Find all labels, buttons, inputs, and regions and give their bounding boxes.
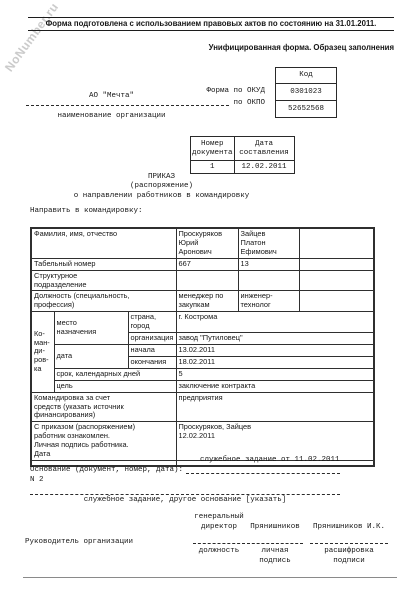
doc-date-header: Дата составления (234, 137, 294, 161)
page-bottom-rule (23, 577, 397, 578)
destination-label: место назначения (54, 312, 128, 345)
table-row-trip-start-date: дата начала 13.02.2011 (31, 344, 374, 356)
okud-value: 0301023 (276, 83, 336, 100)
table-row: 1 12.02.2011 (191, 161, 295, 174)
dashed-line (30, 486, 340, 495)
employee3-number (299, 258, 374, 270)
end-date-label: окончания (128, 356, 176, 368)
intro-line: Направить в командировку: (30, 207, 143, 215)
row-label: Структурное подразделение (31, 270, 176, 291)
title-line-2: (распоряжение) (30, 182, 293, 191)
country-city-value: г. Кострома (176, 312, 374, 333)
date-label: дата (54, 344, 128, 368)
duration-label: срок, календарных дней (54, 368, 176, 380)
organization-caption: наименование организации (26, 112, 197, 120)
table-row-trip-duration: срок, календарных дней 5 (31, 368, 374, 380)
employee1-number: 667 (176, 258, 238, 270)
dashed-line (26, 105, 229, 106)
basis-caption: служебное задание, другое основание [ука… (30, 496, 340, 506)
doc-date-value: 12.02.2011 (234, 161, 294, 174)
okpo-value: 52652568 (276, 100, 336, 117)
employee3-department (299, 270, 374, 291)
end-date-value: 18.02.2011 (176, 356, 374, 368)
employees-table: Фамилия, имя, отчество Проскуряков Юрий … (30, 227, 375, 467)
row-label: Должность (специальность, профессия) (31, 291, 176, 312)
basis-label-line: Основание (документ, номер, дата): (30, 466, 340, 476)
table-row-name: Фамилия, имя, отчество Проскуряков Юрий … (31, 228, 374, 258)
form-type-note: Унифицированная форма. Образец заполнени… (194, 43, 394, 52)
trip-vertical-label: Ко- ман- ди- ров- ка (31, 312, 54, 392)
table-row-trip-destination-city: Ко- ман- ди- ров- ка место назначения ст… (31, 312, 374, 333)
sign-caption: личная подпись (247, 546, 303, 566)
duration-value: 5 (176, 368, 374, 380)
table-row-position: Должность (специальность, профессия) мен… (31, 291, 374, 312)
signature-sign-column: Прянишников личная подпись (247, 512, 303, 566)
position-value: генеральный директор (193, 512, 245, 532)
employee1-position: менеджер по закупкам (176, 291, 238, 312)
name-value: Прянишников И.К. (310, 512, 388, 532)
employee2-number: 13 (238, 258, 299, 270)
dashed-line (247, 532, 303, 544)
code-box-header: Код (276, 68, 336, 83)
employee1-department (176, 270, 238, 291)
table-row-acknowledgement: С приказом (распоряжением) работник озна… (31, 422, 374, 461)
table-row-trip-purpose: цель заключение контракта (31, 380, 374, 392)
signature-name-column: Прянишников И.К. расшифровка подписи (310, 512, 388, 566)
employee2-position: инженер- технолог (238, 291, 299, 312)
watermark: NoNumber.ru (2, 0, 61, 74)
document-title: ПРИКАЗ (распоряжение) о направлении рабо… (30, 173, 293, 201)
dashed-line (186, 473, 340, 474)
basis-block: служебное задание от 11.02.2011 Основани… (30, 456, 340, 506)
sign-value: Прянишников (247, 512, 303, 532)
signature-position-column: генеральный директор должность (193, 512, 245, 556)
prepared-note: Форма подготовлена с использованием прав… (28, 19, 394, 28)
title-line-1: ПРИКАЗ (30, 173, 293, 182)
document-page: NoNumber.ru Форма подготовлена с использ… (0, 0, 420, 600)
country-city-label: страна, город (128, 312, 176, 333)
position-caption: должность (193, 546, 245, 556)
document-meta-table: Номер документа Дата составления 1 12.02… (190, 136, 295, 174)
employee3-position (299, 291, 374, 312)
row-label: Табельный номер (31, 258, 176, 270)
title-line-3: о направлении работников в командировку (30, 192, 293, 201)
basis-number: N 2 (30, 476, 340, 486)
start-date-label: начала (128, 344, 176, 356)
table-row: Номер документа Дата составления (191, 137, 295, 161)
top-rule (28, 17, 394, 18)
purpose-label: цель (54, 380, 176, 392)
dashed-line (193, 532, 245, 544)
doc-number-header: Номер документа (191, 137, 235, 161)
okpo-label: по ОКПО (233, 98, 265, 108)
bottom-rule-of-header (28, 30, 394, 31)
employee2-name: Зайцев Платон Ефимович (238, 228, 299, 258)
basis-label: Основание (документ, номер, дата): (30, 466, 183, 476)
employee2-department (238, 270, 299, 291)
name-caption: расшифровка подписи (310, 546, 388, 566)
acknowledgement-value: Проскуряков, Зайцев 12.02.2011 (176, 422, 374, 461)
table-row-funding: Командировка за счет средств (указать ис… (31, 392, 374, 422)
okpo-row: по ОКПО (26, 98, 265, 108)
dashed-line (310, 532, 388, 544)
acknowledgement-label: С приказом (распоряжением) работник озна… (31, 422, 176, 461)
start-date-value: 13.02.2011 (176, 344, 374, 356)
funding-label: Командировка за счет средств (указать ис… (31, 392, 176, 422)
organization-label: организация (128, 333, 176, 345)
employee3-name (299, 228, 374, 258)
funding-value: предприятия (176, 392, 374, 422)
table-row-personnel-number: Табельный номер 667 13 (31, 258, 374, 270)
row-label: Фамилия, имя, отчество (31, 228, 176, 258)
table-row-department: Структурное подразделение (31, 270, 374, 291)
organization-value: завод "Путиловец" (176, 333, 374, 345)
code-box: Код 0301023 52652568 (275, 67, 337, 118)
purpose-value: заключение контракта (176, 380, 374, 392)
doc-number-value: 1 (191, 161, 235, 174)
employee1-name: Проскуряков Юрий Аронович (176, 228, 238, 258)
basis-value: служебное задание от 11.02.2011 (30, 456, 340, 466)
signature-role-label: Руководитель организации (25, 537, 133, 547)
